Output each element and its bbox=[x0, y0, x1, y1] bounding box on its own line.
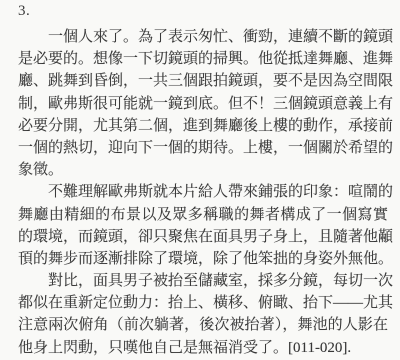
text-line: 他身上閃動，只嘆他自己是無福消受了。[011-020]. bbox=[18, 337, 388, 359]
text-line: 一個人來了。為了表示匆忙、衝勁，連續不斷的鏡頭 bbox=[18, 26, 388, 48]
text-line: 對比，面具男子被抬至儲藏室，採多分鏡，每切一次 bbox=[18, 270, 388, 292]
text-line: 制，歐弗斯很可能就一鏡到底。但不！三個鏡頭意義上有 bbox=[18, 93, 388, 115]
text-line: 廳、跳舞到昏倒，一共三個跟拍鏡頭，要不是因為空間限 bbox=[18, 70, 388, 92]
text-line: 注意兩次俯角（前次躺著，後次被抬著），舞池的人影在 bbox=[18, 314, 388, 336]
text-line: 象徵。 bbox=[18, 159, 388, 181]
text-line: 的環境，而鏡頭，卻只聚焦在面具男子身上，且隨著他顢 bbox=[18, 226, 388, 248]
text-line: 都似在重新定位動力：抬上、橫移、俯瞰、抬下——尤其 bbox=[18, 292, 388, 314]
section-number: 3. bbox=[18, 3, 30, 20]
text-line: 一個的熱切，迎向下一個的期待。上樓，一個關於希望的 bbox=[18, 137, 388, 159]
text-line: 不難理解歐弗斯就本片給人帶來鋪張的印象：喧鬧的 bbox=[18, 181, 388, 203]
text-lines: 一個人來了。為了表示匆忙、衝勁，連續不斷的鏡頭是必要的。想像一下切鏡頭的掃興。他… bbox=[18, 26, 388, 359]
document-page: 3. 一個人來了。為了表示匆忙、衝勁，連續不斷的鏡頭是必要的。想像一下切鏡頭的掃… bbox=[0, 0, 400, 360]
text-line: 舞廳由精細的布景以及眾多稱職的舞者構成了一個寫實 bbox=[18, 204, 388, 226]
text-line: 是必要的。想像一下切鏡頭的掃興。他從抵達舞廳、進舞 bbox=[18, 48, 388, 70]
text-line: 必要分開，尤其第二個，進到舞廳後上樓的動作，承接前 bbox=[18, 115, 388, 137]
text-line: 頇的舞步而逐漸排除了環境，除了他笨拙的身姿外無他。 bbox=[18, 248, 388, 270]
